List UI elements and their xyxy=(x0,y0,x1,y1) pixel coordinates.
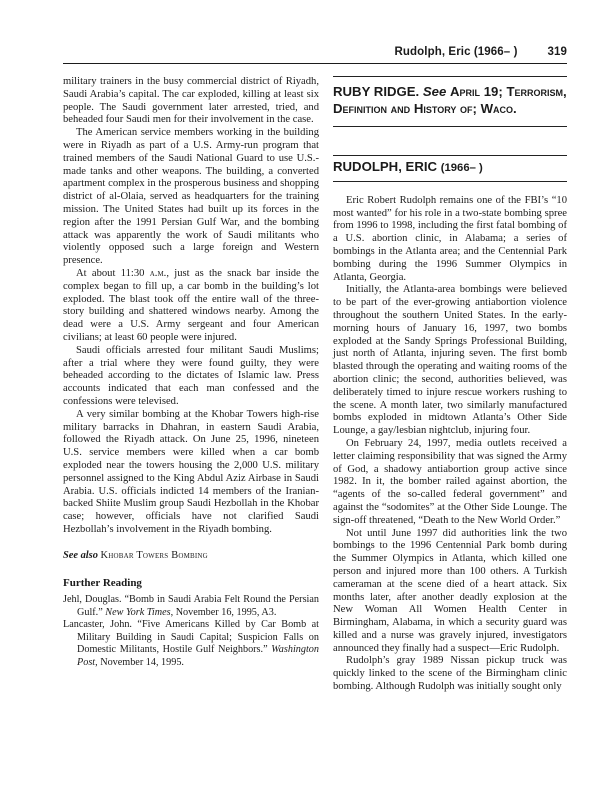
crossref-entry-ruby-ridge: RUBY RIDGE. See April 19; Terrorism, Def… xyxy=(333,76,567,127)
see-also-line: See also Khobar Towers Bombing xyxy=(63,550,319,563)
right-column: RUBY RIDGE. See April 19; Terrorism, Def… xyxy=(333,76,567,694)
text-segment: A very similar bombing at the Khobar Tow… xyxy=(63,409,319,535)
further-reading-heading: Further Reading xyxy=(63,577,319,590)
paragraph: Saudi officials arrested four militant S… xyxy=(63,345,319,409)
page-number: 319 xyxy=(548,46,568,58)
text-segment: At about 11:30 xyxy=(76,268,150,279)
paragraph: Initially, the Atlanta-area bombings wer… xyxy=(333,284,567,438)
entry-name: RUDOLPH, ERIC xyxy=(333,159,437,174)
citation: Jehl, Douglas. “Bomb in Saudi Arabia Fel… xyxy=(63,594,319,619)
text-segment: , November 16, 1995, A3. xyxy=(171,607,277,618)
text-segment: The American service members working in … xyxy=(63,127,319,266)
text-segment: Eric Robert Rudolph remains one of the F… xyxy=(333,195,567,283)
entry-dates: (1966– ) xyxy=(441,162,483,174)
rudolph-article-body: Eric Robert Rudolph remains one of the F… xyxy=(333,195,567,694)
citation: Lancaster, John. “Five Americans Killed … xyxy=(63,619,319,669)
text-segment: Initially, the Atlanta-area bombings wer… xyxy=(333,284,567,436)
text-segment: , just as the snack bar inside the compl… xyxy=(63,268,319,343)
paragraph: A very similar bombing at the Khobar Tow… xyxy=(63,409,319,537)
entry-heading-rudolph-eric: RUDOLPH, ERIC (1966– ) xyxy=(333,155,567,182)
running-head-title: Rudolph, Eric (1966– ) xyxy=(395,46,518,58)
left-column: military trainers in the busy commercial… xyxy=(63,76,319,694)
running-head: Rudolph, Eric (1966– ) 319 xyxy=(63,46,567,58)
text-segment: military trainers in the busy commercial… xyxy=(63,76,319,125)
paragraph: At about 11:30 a.m., just as the snack b… xyxy=(63,268,319,345)
further-reading-citations: Jehl, Douglas. “Bomb in Saudi Arabia Fel… xyxy=(63,594,319,669)
text-segment: See xyxy=(423,84,450,99)
text-segment: RUBY RIDGE. xyxy=(333,84,423,99)
paragraph: Rudolph’s gray 1989 Nissan pickup truck … xyxy=(333,655,567,693)
paragraph: On February 24, 1997, media outlets rece… xyxy=(333,438,567,528)
paragraph: Eric Robert Rudolph remains one of the F… xyxy=(333,195,567,285)
text-segment: Rudolph’s gray 1989 Nissan pickup truck … xyxy=(333,655,567,692)
text-columns: military trainers in the busy commercial… xyxy=(63,76,567,694)
text-segment: New York Times xyxy=(105,607,170,618)
see-also-references: Khobar Towers Bombing xyxy=(101,550,208,561)
running-head-rule xyxy=(63,63,567,64)
paragraph: Not until June 1997 did authorities link… xyxy=(333,528,567,656)
text-segment: On February 24, 1997, media outlets rece… xyxy=(333,438,567,526)
book-page: Rudolph, Eric (1966– ) 319 military trai… xyxy=(0,0,614,800)
paragraph: The American service members working in … xyxy=(63,127,319,268)
text-segment: , November 14, 1995. xyxy=(95,657,184,668)
see-also-label: See also xyxy=(63,550,98,561)
paragraph: military trainers in the busy commercial… xyxy=(63,76,319,127)
text-segment: Saudi officials arrested four militant S… xyxy=(63,345,319,407)
text-segment: a.m. xyxy=(150,268,167,279)
text-segment: Not until June 1997 did authorities link… xyxy=(333,528,567,654)
riyadh-article-continuation: military trainers in the busy commercial… xyxy=(63,76,319,537)
